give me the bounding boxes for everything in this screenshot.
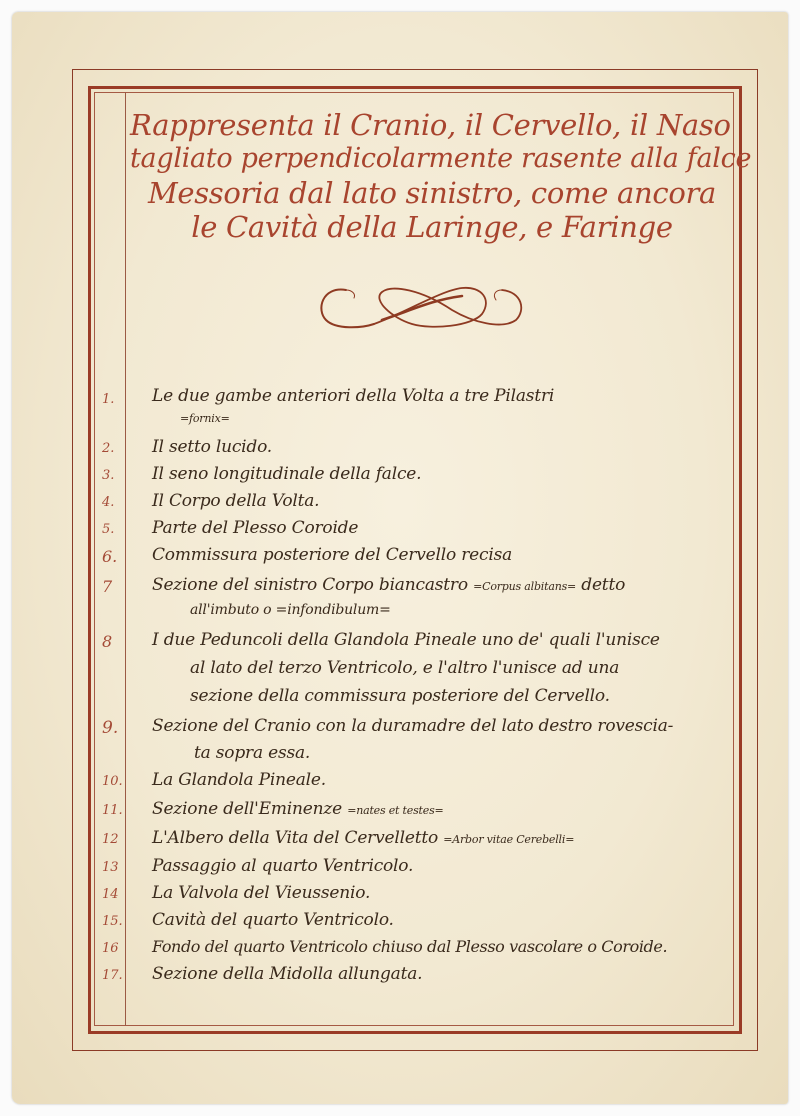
- item-number: 14: [102, 887, 130, 902]
- item-number: 6.: [102, 547, 130, 566]
- item-number: 5.: [102, 522, 130, 537]
- item-text-group: L'Albero della Vita del Cervelletto =Arb…: [152, 828, 574, 848]
- page-title: Rappresenta il Cranio, il Cervello, il N…: [112, 108, 752, 244]
- item-number: 15.: [102, 914, 130, 929]
- list-item: 16 Fondo del quarto Ventricolo chiuso da…: [12, 937, 788, 963]
- item-number: 7: [102, 577, 130, 596]
- item-number: 16: [102, 941, 130, 956]
- title-line: le Cavità della Laringe, e Faringe: [112, 210, 752, 244]
- item-text: La Valvola del Vieussenio.: [152, 883, 370, 903]
- item-number: 10.: [102, 774, 130, 789]
- title-line: Messoria dal lato sinistro, come ancora: [112, 176, 752, 210]
- item-latin-note: =nates et testes=: [347, 804, 443, 817]
- item-continuation: all'imbuto o =infondibulum=: [190, 602, 391, 618]
- list-item: 7 Sezione del sinistro Corpo biancastro …: [12, 575, 788, 601]
- item-continuation: sezione della commissura posteriore del …: [190, 686, 610, 706]
- list-item: 9. Sezione del Cranio con la duramadre d…: [12, 716, 788, 742]
- item-latin-note: =Corpus albitans=: [473, 580, 576, 593]
- item-number: 8: [102, 632, 130, 651]
- item-latin-note: =Arbor vitae Cerebelli=: [443, 833, 574, 846]
- item-text: Cavità del quarto Ventricolo.: [152, 910, 394, 930]
- item-number: 1.: [102, 392, 130, 407]
- item-number: 17.: [102, 968, 130, 983]
- item-number: 12: [102, 832, 130, 847]
- list-item: 3. Il seno longitudinale della falce.: [12, 464, 788, 490]
- item-text: L'Albero della Vita del Cervelletto: [152, 828, 438, 848]
- title-line: tagliato perpendicolarmente rasente alla…: [112, 142, 752, 176]
- item-continuation: ta sopra essa.: [194, 743, 310, 763]
- item-text: Commissura posteriore del Cervello recis…: [152, 545, 512, 565]
- list-item: 2. Il setto lucido.: [12, 437, 788, 463]
- item-text: Parte del Plesso Coroide: [152, 518, 358, 538]
- title-line: Rappresenta il Cranio, il Cervello, il N…: [112, 108, 752, 142]
- item-text: Sezione del Cranio con la duramadre del …: [152, 716, 673, 736]
- item-number: 2.: [102, 441, 130, 456]
- item-number: 13: [102, 860, 130, 875]
- item-text-tail: detto: [581, 575, 625, 595]
- item-text: Sezione dell'Eminenze: [152, 799, 342, 819]
- item-number: 4.: [102, 495, 130, 510]
- manuscript-page: Rappresenta il Cranio, il Cervello, il N…: [12, 12, 788, 1104]
- list-item: 15. Cavità del quarto Ventricolo.: [12, 910, 788, 936]
- item-number: 11.: [102, 803, 130, 818]
- list-item: 11. Sezione dell'Eminenze =nates et test…: [12, 799, 788, 825]
- item-text: Il setto lucido.: [152, 437, 272, 457]
- item-number: 3.: [102, 468, 130, 483]
- item-text: Sezione del sinistro Corpo biancastro: [152, 575, 468, 595]
- list-item: 14 La Valvola del Vieussenio.: [12, 883, 788, 909]
- list-item: 5. Parte del Plesso Coroide: [12, 518, 788, 544]
- item-text: Sezione della Midolla allungata.: [152, 964, 422, 984]
- flourish-icon: [312, 280, 528, 336]
- item-text: I due Peduncoli della Glandola Pineale u…: [152, 630, 660, 650]
- item-continuation: =fornix=: [180, 412, 230, 425]
- item-text: Le due gambe anteriori della Volta a tre…: [152, 386, 554, 406]
- list-item: 4. Il Corpo della Volta.: [12, 491, 788, 517]
- item-text-group: Sezione dell'Eminenze =nates et testes=: [152, 799, 444, 819]
- item-text-group: Sezione del sinistro Corpo biancastro =C…: [152, 575, 625, 595]
- item-text: Il seno longitudinale della falce.: [152, 464, 421, 484]
- item-text: Fondo del quarto Ventricolo chiuso dal P…: [152, 937, 667, 956]
- list-item: 1. Le due gambe anteriori della Volta a …: [12, 386, 788, 412]
- list-item: 8 I due Peduncoli della Glandola Pineale…: [12, 630, 788, 656]
- item-continuation: al lato del terzo Ventricolo, e l'altro …: [190, 658, 619, 678]
- list-item: 6. Commissura posteriore del Cervello re…: [12, 545, 788, 571]
- item-text: Il Corpo della Volta.: [152, 491, 319, 511]
- item-text: Passaggio al quarto Ventricolo.: [152, 856, 413, 876]
- list-item: 13 Passaggio al quarto Ventricolo.: [12, 856, 788, 882]
- list-item: 17. Sezione della Midolla allungata.: [12, 964, 788, 990]
- list-item: 10. La Glandola Pineale.: [12, 770, 788, 796]
- item-number: 9.: [102, 718, 130, 738]
- item-text: La Glandola Pineale.: [152, 770, 326, 790]
- list-item: 12 L'Albero della Vita del Cervelletto =…: [12, 828, 788, 854]
